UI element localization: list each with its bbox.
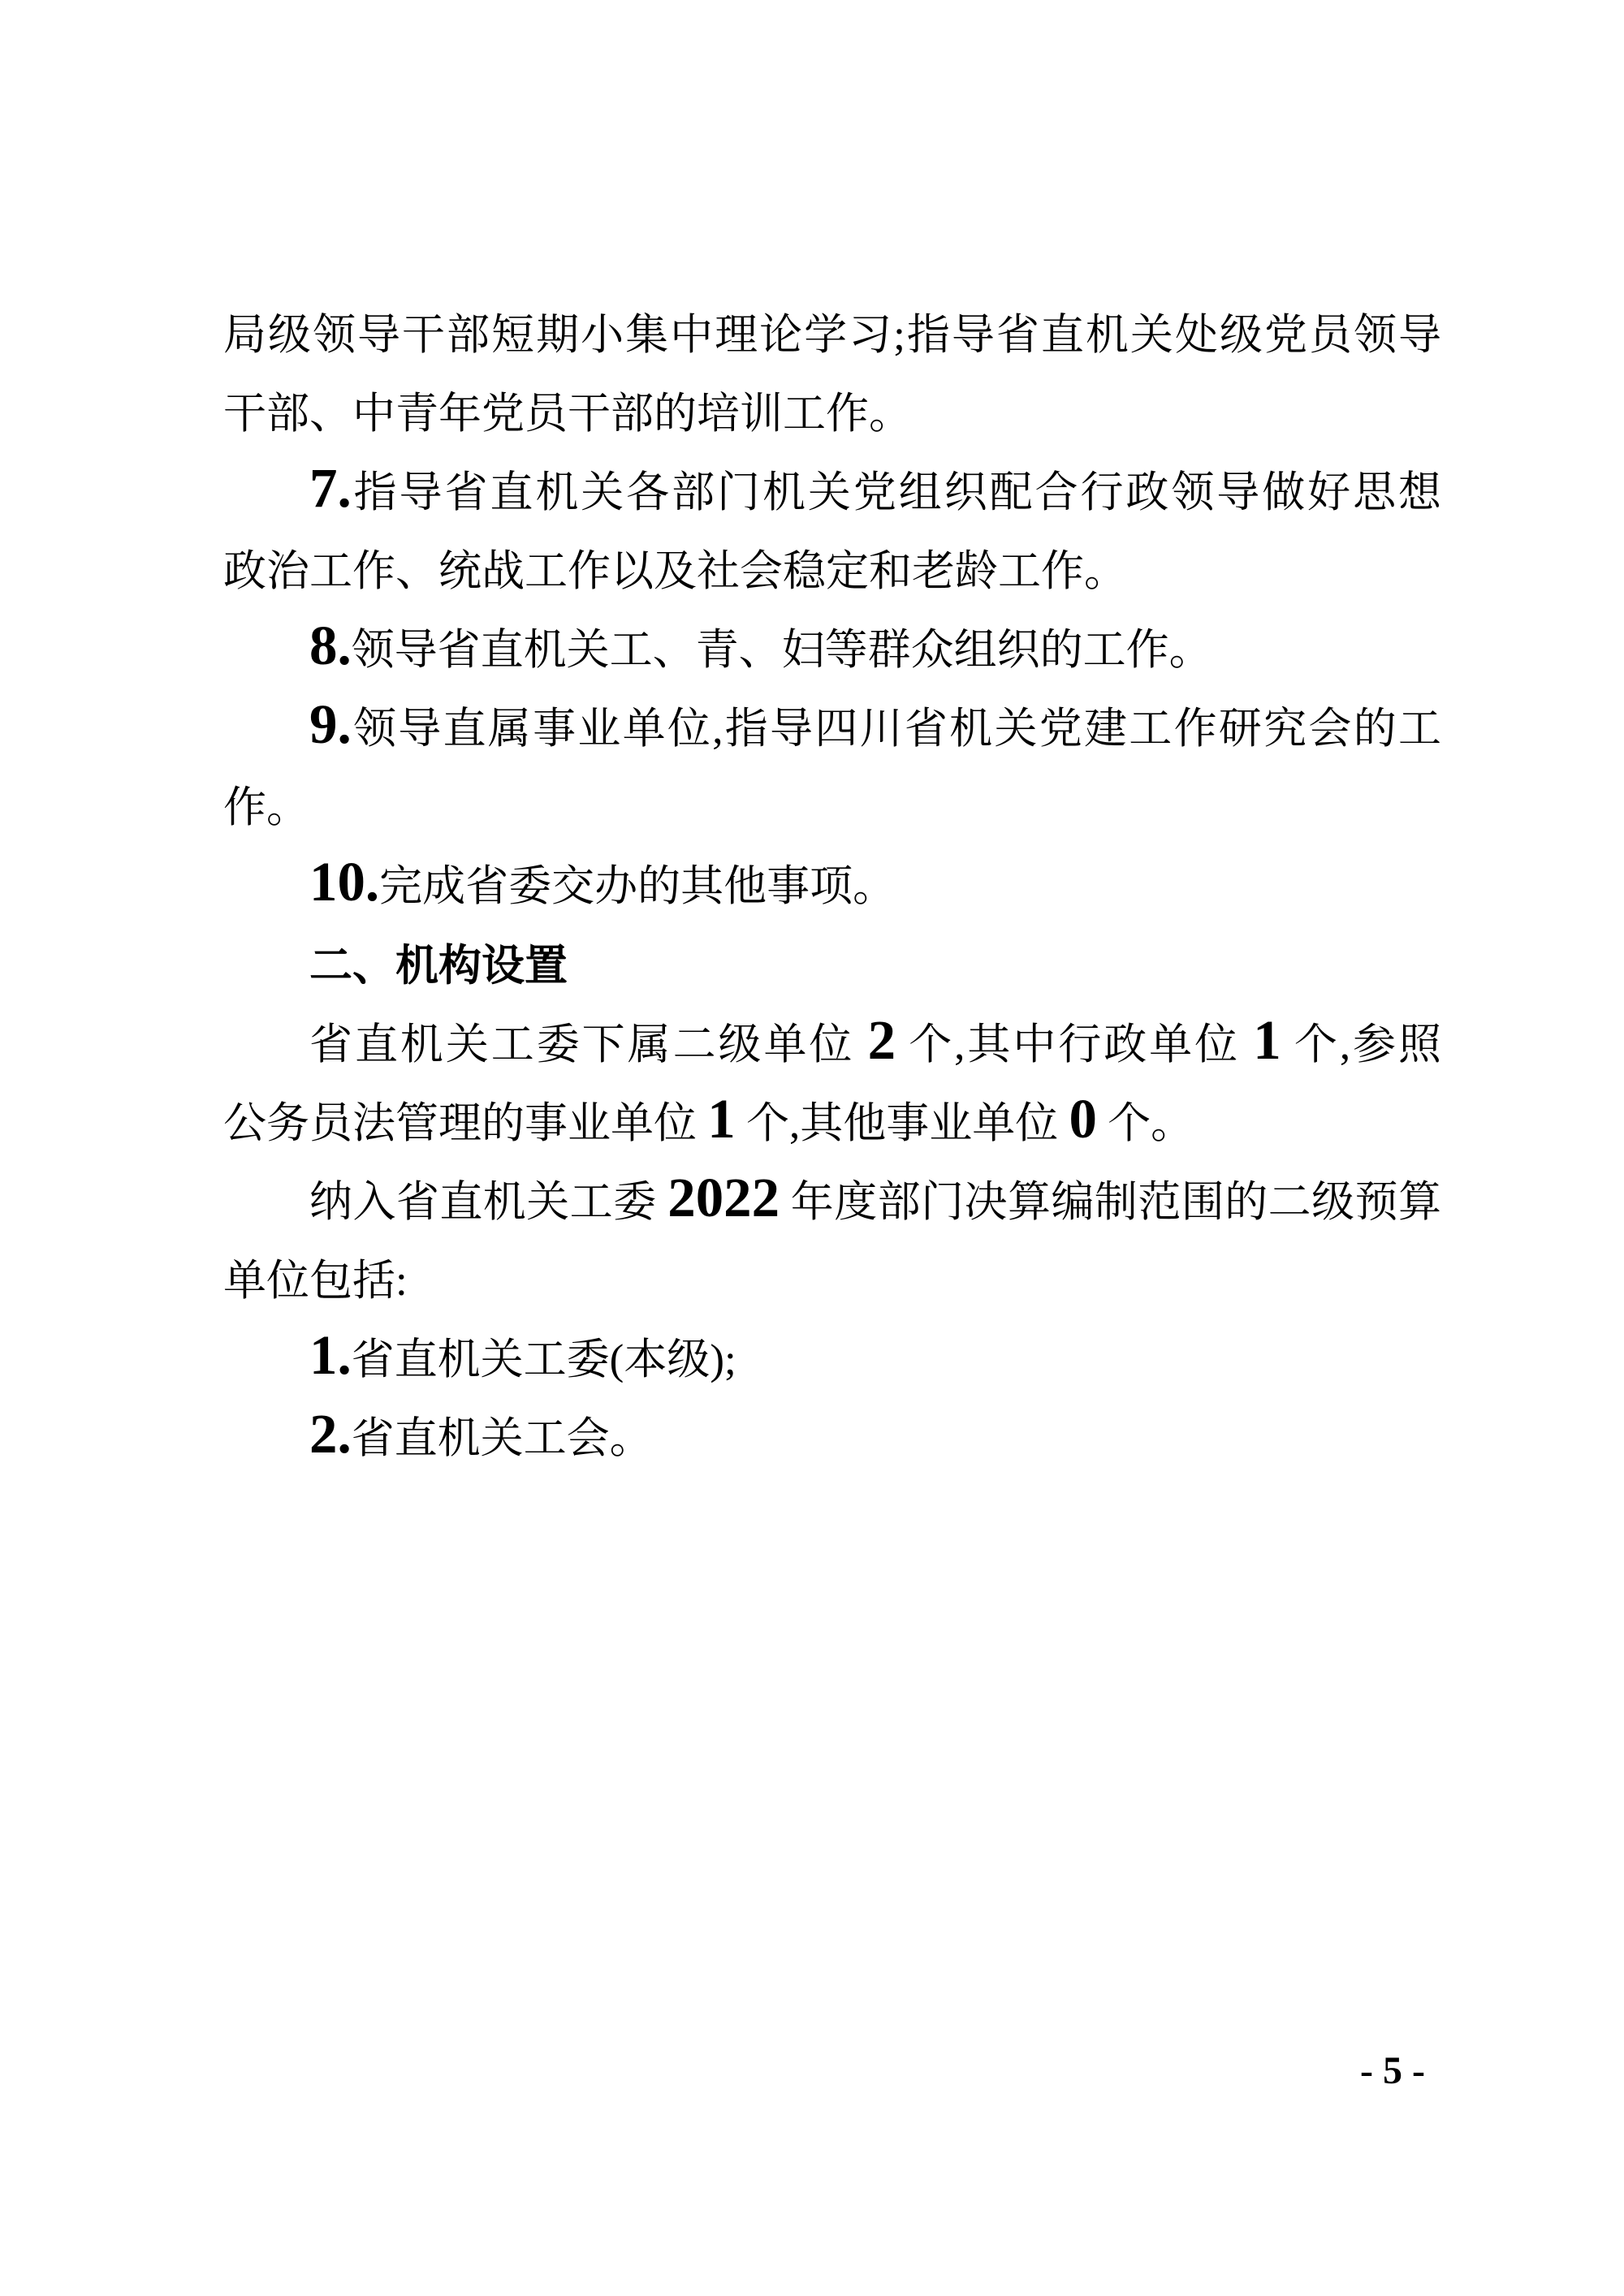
text-segment: 省直机关工委(本级); <box>352 1336 736 1383</box>
numeral-segment: 10. <box>309 851 379 913</box>
text-line: 局级领导干部短期小集中理论学习;指导省直机关处级党员领导 <box>223 296 1441 375</box>
numeral-segment: 1 <box>707 1088 735 1150</box>
numeral-segment: 9. <box>309 693 352 755</box>
numeral-segment: 2. <box>309 1403 352 1465</box>
text-segment: 领导省直机关工、青、妇等群众组织的工作。 <box>352 627 1212 674</box>
text-line: 2.省直机关工会。 <box>223 1400 1441 1478</box>
numeral-segment: 1. <box>309 1324 352 1386</box>
text-line: 作。 <box>223 769 1441 848</box>
numeral-segment: 7. <box>309 457 352 519</box>
text-line: 纳入省直机关工委 2022 年度部门决算编制范围的二级预算 <box>223 1163 1441 1242</box>
text-segment: 个。 <box>1097 1100 1194 1147</box>
section-heading: 二、机构设置 <box>309 942 568 990</box>
text-line: 省直机关工委下属二级单位 2 个,其中行政单位 1 个,参照 <box>223 1006 1441 1085</box>
text-line: 8.领导省直机关工、青、妇等群众组织的工作。 <box>223 611 1441 690</box>
text-segment: 政治工作、统战工作以及社会稳定和老龄工作。 <box>223 548 1127 595</box>
numeral-segment: 2 <box>868 1009 896 1071</box>
text-segment: 个,其他事业单位 <box>736 1100 1069 1147</box>
text-line: 9.领导直属事业单位,指导四川省机关党建工作研究会的工 <box>223 690 1441 769</box>
text-line: 单位包括: <box>223 1242 1441 1321</box>
text-segment: 领导直属事业单位,指导四川省机关党建工作研究会的工 <box>352 706 1441 753</box>
text-segment: 省直机关工会。 <box>352 1415 653 1462</box>
document-page: 局级领导干部短期小集中理论学习;指导省直机关处级党员领导干部、中青年党员干部的培… <box>0 0 1624 2296</box>
text-line: 政治工作、统战工作以及社会稳定和老龄工作。 <box>223 533 1441 611</box>
text-segment: 省直机关工委下属二级单位 <box>309 1021 868 1068</box>
text-line: 7.指导省直机关各部门机关党组织配合行政领导做好思想 <box>223 454 1441 533</box>
text-segment: 个,参照 <box>1281 1021 1441 1068</box>
text-segment: 局级领导干部短期小集中理论学习;指导省直机关处级党员领导 <box>223 312 1441 359</box>
text-segment: 指导省直机关各部门机关党组织配合行政领导做好思想 <box>352 469 1441 516</box>
text-segment: 年度部门决算编制范围的二级预算 <box>780 1179 1441 1226</box>
text-segment: 完成省委交办的其他事项。 <box>379 863 896 910</box>
numeral-segment: 8. <box>309 615 352 676</box>
text-segment: 干部、中青年党员干部的培训工作。 <box>223 391 912 438</box>
text-segment: 纳入省直机关工委 <box>309 1179 667 1226</box>
text-segment: 作。 <box>223 784 309 831</box>
document-body-text: 局级领导干部短期小集中理论学习;指导省直机关处级党员领导干部、中青年党员干部的培… <box>223 296 1441 1478</box>
text-line: 公务员法管理的事业单位 1 个,其他事业单位 0 个。 <box>223 1085 1441 1163</box>
text-line: 10.完成省委交办的其他事项。 <box>223 848 1441 926</box>
text-line: 干部、中青年党员干部的培训工作。 <box>223 375 1441 454</box>
text-segment: 公务员法管理的事业单位 <box>223 1100 707 1147</box>
text-segment: 个,其中行政单位 <box>896 1021 1253 1068</box>
numeral-segment: 2022 <box>667 1167 780 1228</box>
numeral-segment: 1 <box>1253 1009 1281 1071</box>
page-number: - 5 - <box>1360 2052 1425 2091</box>
numeral-segment: 0 <box>1069 1088 1096 1150</box>
text-segment: 单位包括: <box>223 1258 408 1305</box>
text-line: 二、机构设置 <box>223 926 1441 1006</box>
text-line: 1.省直机关工委(本级); <box>223 1321 1441 1400</box>
